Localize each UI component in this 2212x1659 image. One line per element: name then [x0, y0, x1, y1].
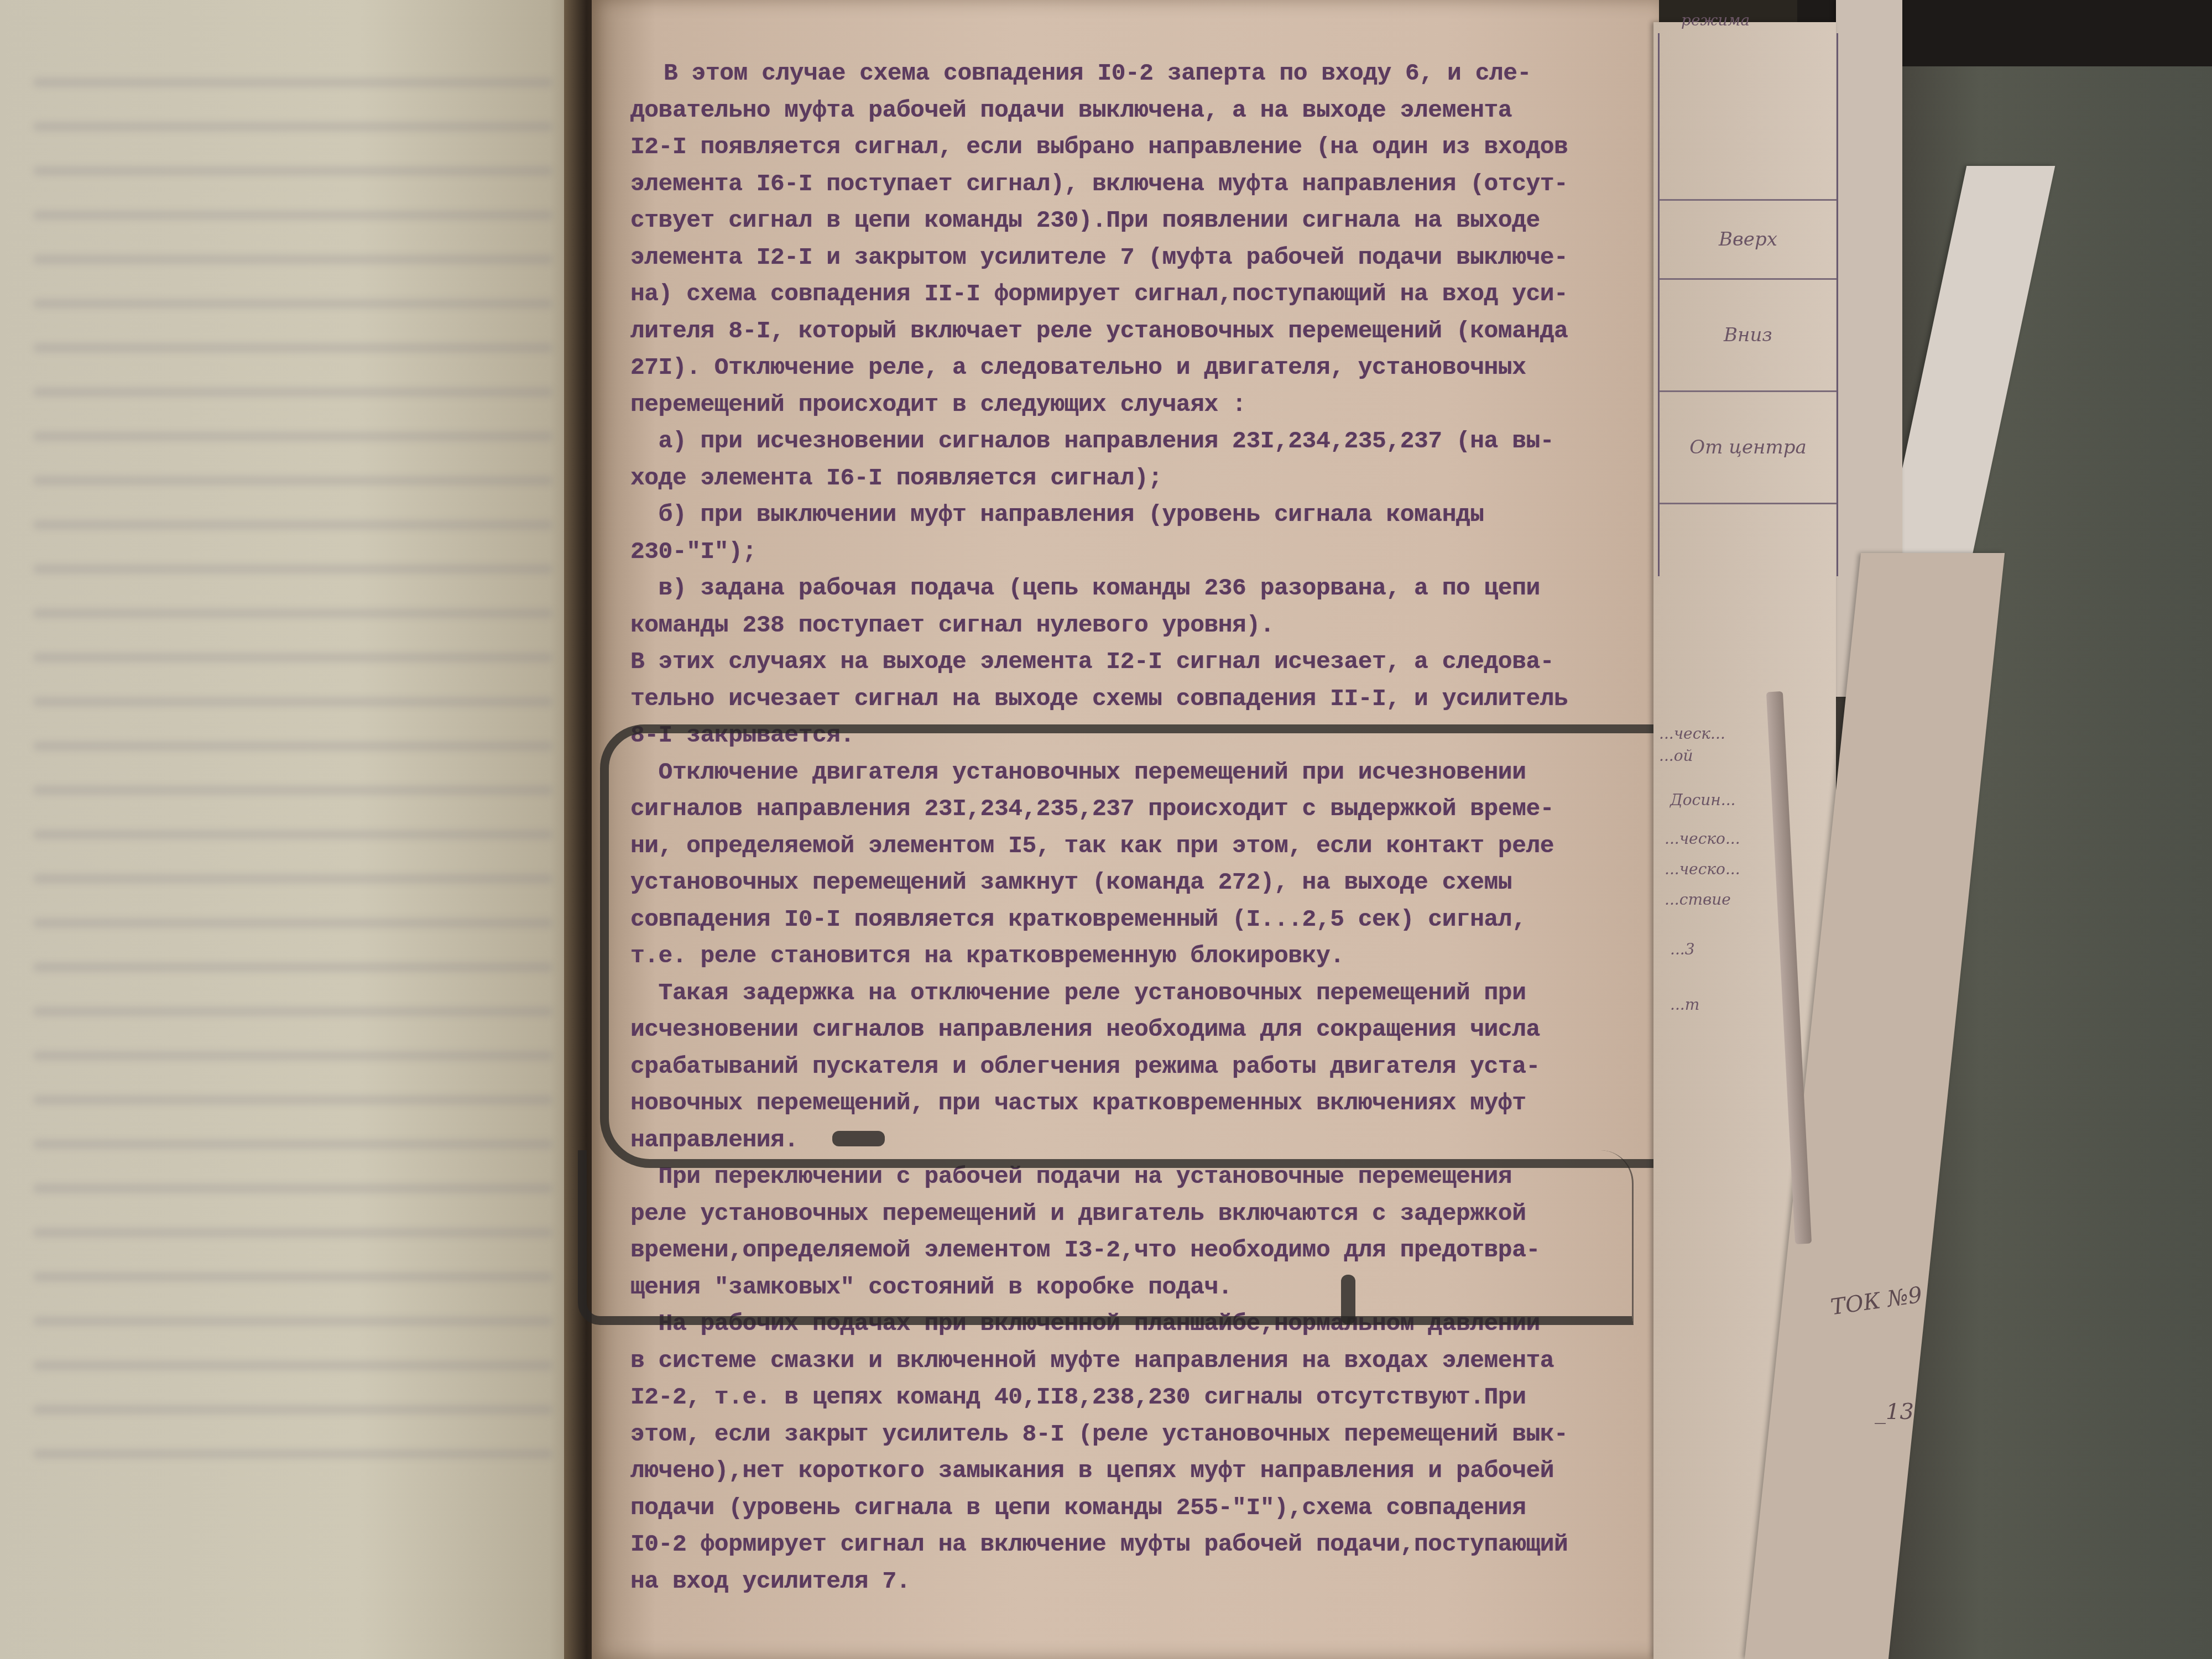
text-line: команды 238 поступает сигнал нулевого ур…	[630, 607, 1653, 644]
text-line: 230-"I");	[630, 534, 1653, 571]
text-line: б) при выключении муфт направления (уров…	[630, 497, 1653, 534]
text-line: лителя 8-I, который включает реле устано…	[630, 313, 1653, 350]
table-cell-empty	[1660, 33, 1837, 201]
table-cell-text: ...ческ...	[1659, 724, 1725, 743]
table-header-partial: режима	[1681, 11, 1750, 29]
text-line: на вход усилителя 7.	[630, 1563, 1653, 1600]
faded-text-line	[33, 254, 553, 264]
faded-text-line	[33, 387, 553, 397]
faded-text-line	[33, 874, 553, 884]
faded-text-line	[33, 1228, 553, 1238]
text-line: этом, если закрыт усилитель 8-I (реле ус…	[630, 1416, 1653, 1453]
faded-text-line	[33, 431, 553, 441]
faded-text-line	[33, 476, 553, 486]
table-cell-up: Вверх	[1660, 201, 1837, 280]
faded-text-line	[33, 1272, 553, 1282]
faded-text-line	[33, 520, 553, 530]
faded-text-line	[33, 608, 553, 618]
faded-text-line	[33, 166, 553, 176]
text-line: I2-I появляется сигнал, если выбрано нап…	[630, 129, 1653, 166]
text-line: на) схема совпадения II-I формирует сигн…	[630, 276, 1653, 313]
faded-text-line	[33, 1051, 553, 1061]
marker-dash	[832, 1131, 885, 1146]
text-line: а) при исчезновении сигналов направления…	[630, 423, 1653, 460]
text-line: в системе смазки и включенной муфте напр…	[630, 1343, 1653, 1380]
faded-text-line	[33, 343, 553, 353]
text-line: I0-2 формирует сигнал на включение муфты…	[630, 1526, 1653, 1563]
text-line: В этих случаях на выходе элемента I2-I с…	[630, 644, 1653, 681]
page-number: _13	[1875, 1399, 1914, 1425]
table-cell-text: ...т	[1670, 995, 1699, 1014]
table-cell-text: ...ческо...	[1665, 860, 1740, 878]
left-page-faded	[0, 0, 597, 1659]
faded-text-line	[33, 741, 553, 751]
table-cell-text: Досин...	[1670, 791, 1735, 809]
faded-text-line	[33, 564, 553, 574]
table-cell-text: ...ствие	[1665, 890, 1731, 909]
text-line: довательно муфта рабочей подачи выключен…	[630, 92, 1653, 129]
text-line: элемента I2-I и закрытом усилителе 7 (му…	[630, 239, 1653, 276]
text-line: в) задана рабочая подача (цепь команды 2…	[630, 570, 1653, 607]
marker-outline-highlight	[578, 1150, 1634, 1325]
text-line: элемента I6-I поступает сигнал), включен…	[630, 166, 1653, 203]
text-line: лючено),нет короткого замыкания в цепях …	[630, 1453, 1653, 1490]
faded-text-line	[33, 962, 553, 972]
table-cell-from-center: От центра	[1660, 392, 1837, 504]
faded-text-line	[33, 785, 553, 795]
table-cell-text: ...3	[1670, 940, 1695, 958]
text-line: перемещений происходит в следующих случа…	[630, 387, 1653, 424]
text-line: ходе элемента I6-I появляется сигнал);	[630, 460, 1653, 497]
faded-text-line	[33, 830, 553, 839]
faded-text-line	[33, 1405, 553, 1415]
table-cell-down: Вниз	[1660, 280, 1837, 392]
table-cell-text: ...ческо...	[1665, 830, 1740, 848]
faded-text-line	[33, 697, 553, 707]
text-line: 27I). Отключение реле, а следовательно и…	[630, 349, 1653, 387]
handwritten-table: Вверх Вниз От центра	[1658, 33, 1838, 576]
faded-text-line	[33, 77, 553, 87]
faded-text-line	[33, 1139, 553, 1149]
marker-tick	[1341, 1275, 1355, 1324]
faded-text-line	[33, 1183, 553, 1193]
faded-text-line	[33, 122, 553, 132]
faded-text-line	[33, 653, 553, 662]
text-line: ствует сигнал в цепи команды 230).При по…	[630, 202, 1653, 239]
faded-text-line	[33, 1316, 553, 1326]
text-line: I2-2, т.е. в цепях команд 40,II8,238,230…	[630, 1379, 1653, 1416]
faded-text-line	[33, 1006, 553, 1016]
marker-outline-highlight	[600, 724, 1696, 1168]
table-cell-torn	[1660, 504, 1837, 576]
text-line: В этом случае схема совпадения I0-2 запе…	[630, 55, 1653, 92]
faded-text-line	[33, 299, 553, 309]
faded-text-line	[33, 918, 553, 928]
text-line: подачи (уровень сигнала в цепи команды 2…	[630, 1490, 1653, 1527]
faded-text-line	[33, 1360, 553, 1370]
faded-text-line	[33, 1449, 553, 1459]
text-line: тельно исчезает сигнал на выходе схемы с…	[630, 681, 1653, 718]
table-cell-text: ...ой	[1659, 747, 1693, 765]
faded-text-line	[33, 1095, 553, 1105]
faded-text-line	[33, 210, 553, 220]
